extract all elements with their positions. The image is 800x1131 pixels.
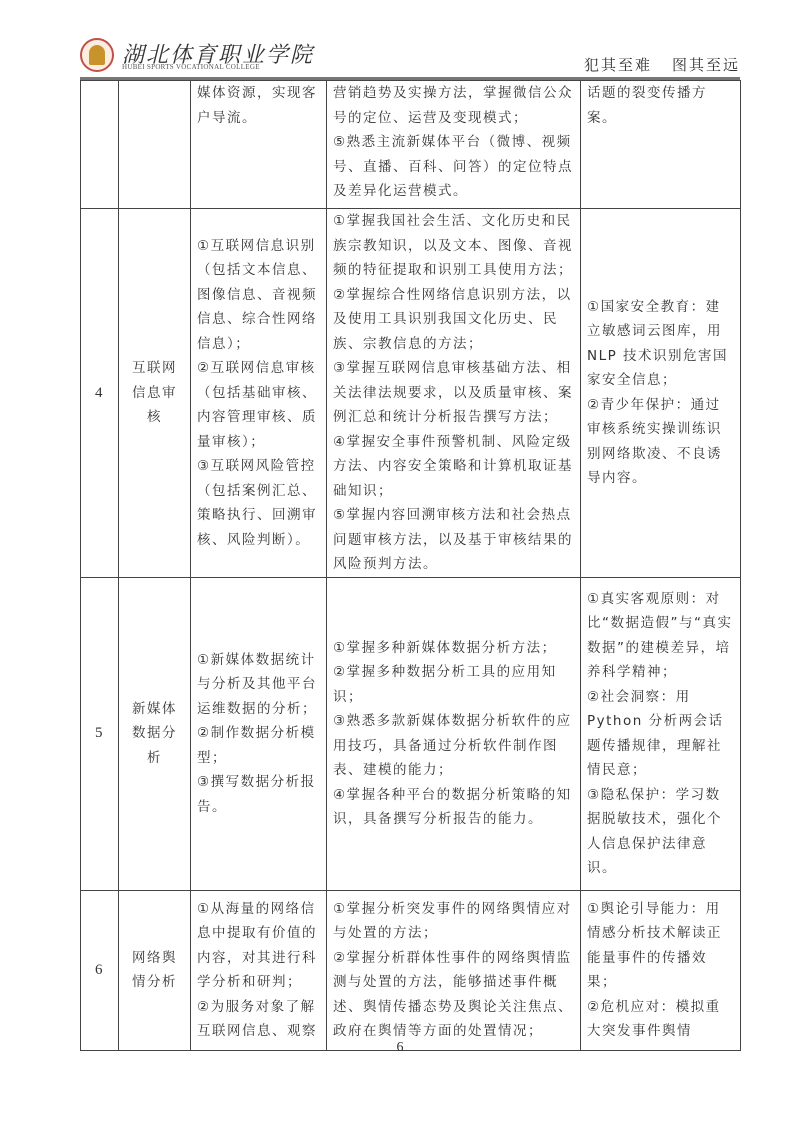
work-tasks-item: ③互联网风险管控（包括案例汇总、策略执行、回溯审核、风险判断）。 [197, 454, 320, 552]
ideological-elements: ①国家安全教育：建立敏感词云图库，用 NLP 技术识别危害国家安全信息；②青少年… [581, 209, 741, 578]
knowledge-requirements-item: 营销趋势及实操方法，掌握微信公众号的定位、运营及变现模式； [333, 81, 574, 130]
school-name-en: HUBEI SPORTS VOCATIONAL COLLEGE [122, 63, 260, 71]
ideological-elements: ①真实客观原则：对比“数据造假”与“真实数据”的建模差异，培养科学精神；②社会洞… [581, 577, 741, 890]
work-tasks: 媒体资源，实现客户导流。 [191, 81, 327, 209]
ideological-elements-item: ①真实客观原则：对比“数据造假”与“真实数据”的建模差异，培养科学精神； [587, 587, 734, 685]
work-tasks-item: ②制作数据分析模型； [197, 721, 320, 770]
ideological-elements-item: ③隐私保护：学习数据脱敏技术，强化个人信息保护法律意识。 [587, 783, 734, 881]
motto-part-2: 图其至远 [672, 56, 740, 74]
ideological-elements: ①舆论引导能力：用情感分析技术解读正能量事件的传播效果；②危机应对：模拟重大突发… [581, 890, 741, 1050]
ideological-elements-item: 话题的裂变传播方案。 [587, 81, 734, 130]
row-number: 6 [81, 890, 119, 1050]
work-tasks-item: ②互联网信息审核（包括基础审核、内容管理审核、质量审核）； [197, 356, 320, 454]
module-name: 新媒体数据分析 [119, 577, 191, 890]
work-tasks-item: ①从海量的网络信息中提取有价值的内容，对其进行科学分析和研判； [197, 897, 320, 995]
knowledge-requirements: 营销趋势及实操方法，掌握微信公众号的定位、运营及变现模式；⑤熟悉主流新媒体平台（… [327, 81, 581, 209]
knowledge-requirements-item: ①掌握分析突发事件的网络舆情应对与处置的方法； [333, 897, 574, 946]
work-tasks-item: 媒体资源，实现客户导流。 [197, 81, 320, 130]
school-emblem-icon [80, 38, 114, 72]
knowledge-requirements-item: ②掌握分析群体性事件的网络舆情监测与处置的方法，能够描述事件概述、舆情传播态势及… [333, 946, 574, 1044]
row-number: 5 [81, 577, 119, 890]
knowledge-requirements-item: ④掌握安全事件预警机制、风险定级方法、内容安全策略和计算机取证基础知识； [333, 430, 574, 504]
module-name: 互联网信息审核 [119, 209, 191, 578]
row-number [81, 81, 119, 209]
knowledge-requirements-item: ②掌握多种数据分析工具的应用知识； [333, 660, 574, 709]
table-row: 4互联网信息审核①互联网信息识别（包括文本信息、图像信息、音视频信息、综合性网络… [81, 209, 741, 578]
ideological-elements-item: ②青少年保护：通过审核系统实操训练识别网络欺凌、不良诱导内容。 [587, 393, 734, 491]
work-tasks: ①新媒体数据统计与分析及其他平台运维数据的分析；②制作数据分析模型；③撰写数据分… [191, 577, 327, 890]
knowledge-requirements-item: ①掌握我国社会生活、文化历史和民族宗教知识，以及文本、图像、音视频的特征提取和识… [333, 209, 574, 283]
work-tasks-item: ③撰写数据分析报告。 [197, 770, 320, 819]
table-row: 6网络舆情分析①从海量的网络信息中提取有价值的内容，对其进行科学分析和研判；②为… [81, 890, 741, 1050]
table-row: 媒体资源，实现客户导流。营销趋势及实操方法，掌握微信公众号的定位、运营及变现模式… [81, 81, 741, 209]
knowledge-requirements-item: ①掌握多种新媒体数据分析方法； [333, 636, 574, 661]
knowledge-requirements-item: ③熟悉多款新媒体数据分析软件的应用技巧，具备通过分析软件制作图表、建模的能力； [333, 709, 574, 783]
knowledge-requirements: ①掌握我国社会生活、文化历史和民族宗教知识，以及文本、图像、音视频的特征提取和识… [327, 209, 581, 578]
ideological-elements-item: ①国家安全教育：建立敏感词云图库，用 NLP 技术识别危害国家安全信息； [587, 295, 734, 393]
ideological-elements-item: ②社会洞察：用 Python 分析两会话题传播规律，理解社情民意； [587, 685, 734, 783]
knowledge-requirements: ①掌握多种新媒体数据分析方法；②掌握多种数据分析工具的应用知识；③熟悉多款新媒体… [327, 577, 581, 890]
module-name [119, 81, 191, 209]
row-number: 4 [81, 209, 119, 578]
knowledge-requirements-item: ②掌握综合性网络信息识别方法，以及使用工具识别我国文化历史、民族、宗教信息的方法… [333, 283, 574, 357]
course-table: 媒体资源，实现客户导流。营销趋势及实操方法，掌握微信公众号的定位、运营及变现模式… [80, 80, 741, 1051]
page-header: 湖北体育职业学院 HUBEI SPORTS VOCATIONAL COLLEGE… [80, 36, 740, 76]
work-tasks: ①从海量的网络信息中提取有价值的内容，对其进行科学分析和研判；②为服务对象了解互… [191, 890, 327, 1050]
ideological-elements-item: ①舆论引导能力：用情感分析技术解读正能量事件的传播效果； [587, 897, 734, 995]
table-row: 5新媒体数据分析①新媒体数据统计与分析及其他平台运维数据的分析；②制作数据分析模… [81, 577, 741, 890]
knowledge-requirements-item: ⑤掌握内容回溯审核方法和社会热点问题审核方法，以及基于审核结果的风险预判方法。 [333, 503, 574, 577]
page-number: 6 [0, 1040, 800, 1056]
work-tasks-item: ①互联网信息识别（包括文本信息、图像信息、音视频信息、综合性网络信息）； [197, 234, 320, 357]
motto: 犯其至难图其至远 [584, 54, 740, 75]
knowledge-requirements-item: ③掌握互联网信息审核基础方法、相关法律法规要求，以及质量审核、案例汇总和统计分析… [333, 356, 574, 430]
work-tasks-item: ②为服务对象了解互联网信息、观察 [197, 995, 320, 1044]
ideological-elements-item: ②危机应对：模拟重大突发事件舆情 [587, 995, 734, 1044]
work-tasks-item: ①新媒体数据统计与分析及其他平台运维数据的分析； [197, 648, 320, 722]
work-tasks: ①互联网信息识别（包括文本信息、图像信息、音视频信息、综合性网络信息）；②互联网… [191, 209, 327, 578]
knowledge-requirements-item: ⑤熟悉主流新媒体平台（微博、视频号、直播、百科、问答）的定位特点及差异化运营模式… [333, 130, 574, 204]
knowledge-requirements-item: ④掌握各种平台的数据分析策略的知识，具备撰写分析报告的能力。 [333, 783, 574, 832]
module-name: 网络舆情分析 [119, 890, 191, 1050]
knowledge-requirements: ①掌握分析突发事件的网络舆情应对与处置的方法；②掌握分析群体性事件的网络舆情监测… [327, 890, 581, 1050]
ideological-elements: 话题的裂变传播方案。 [581, 81, 741, 209]
motto-part-1: 犯其至难 [584, 56, 652, 74]
